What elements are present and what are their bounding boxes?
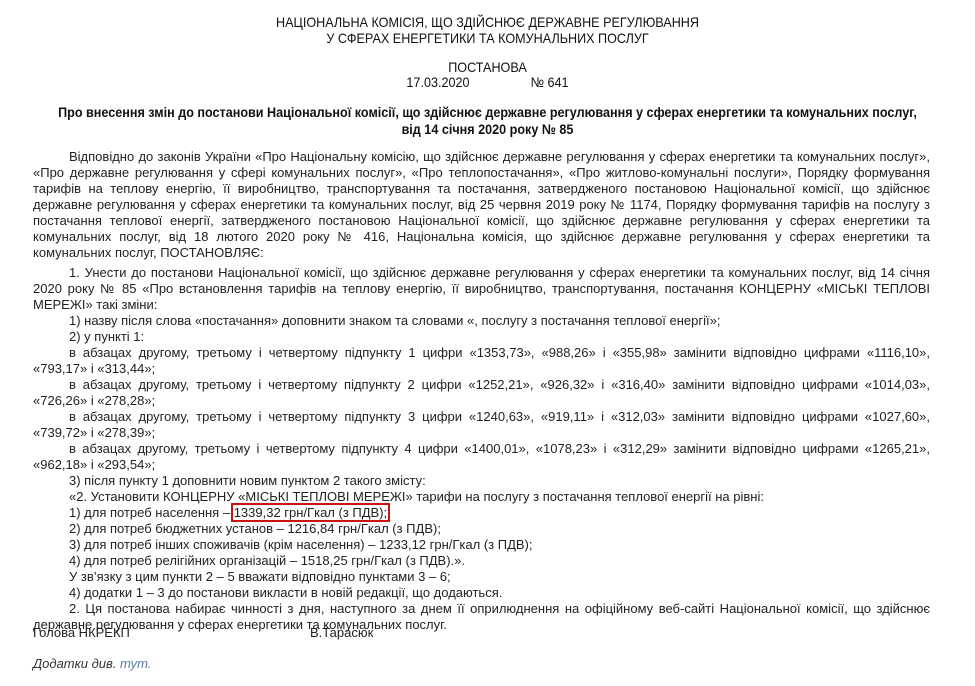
tariff-other: 3) для потреб інших споживачів (крім нас… — [33, 537, 930, 553]
section1-item1: 1) назву після слова «постачання» доповн… — [33, 313, 930, 329]
document-page: НАЦІОНАЛЬНА КОМІСІЯ, ЩО ЗДІЙСНЮЄ ДЕРЖАВН… — [0, 0, 975, 686]
appendix-note: Додатки див. тут. — [33, 656, 151, 671]
doc-date: 17.03.2020 — [406, 74, 469, 90]
org-name-line2: У СФЕРАХ ЕНЕРГЕТИКИ ТА КОМУНАЛЬНИХ ПОСЛУ… — [49, 30, 927, 46]
new-point-intro: «2. Установити КОНЦЕРНУ «МІСЬКІ ТЕПЛОВІ … — [33, 489, 930, 505]
subpoint: в абзацах другому, третьому і четвертому… — [33, 409, 930, 441]
tariff-budget: 2) для потреб бюджетних установ – 1216,8… — [33, 521, 930, 537]
section1-intro: 1. Унести до постанови Національної комі… — [33, 265, 930, 313]
doc-type: ПОСТАНОВА — [49, 59, 927, 75]
appendix-link[interactable]: тут. — [120, 656, 151, 671]
section1-item2: 2) у пункті 1: — [33, 329, 930, 345]
doc-number: № 641 — [531, 74, 569, 90]
section1-item3: 3) після пункту 1 доповнити новим пункто… — [33, 473, 930, 489]
preamble-text: Відповідно до законів України «Про Націо… — [33, 149, 930, 261]
signature-position: Голова НКРЕКП — [33, 625, 130, 641]
doc-title-line1: Про внесення змін до постанови Національ… — [49, 104, 927, 121]
org-name-line1: НАЦІОНАЛЬНА КОМІСІЯ, ЩО ЗДІЙСНЮЄ ДЕРЖАВН… — [49, 14, 927, 30]
doc-title-line2: від 14 січня 2020 року № 85 — [49, 121, 927, 138]
subpoint: в абзацах другому, третьому і четвертому… — [33, 377, 930, 409]
highlighted-tariff-value: 1339,32 грн/Гкал (з ПДВ); — [231, 503, 390, 522]
tariff-religious: 4) для потреб релігійних організацій – 1… — [33, 553, 930, 569]
section1-item4: 4) додатки 1 – 3 до постанови викласти в… — [33, 585, 930, 601]
signature-name: В.Тарасюк — [310, 625, 373, 641]
section-1: 1. Унести до постанови Національної комі… — [33, 265, 930, 633]
section-2: 2. Ця постанова набирає чинності з дня, … — [33, 601, 930, 633]
subpoint: в абзацах другому, третьому і четвертому… — [33, 345, 930, 377]
subpoint: в абзацах другому, третьому і четвертому… — [33, 441, 930, 473]
doc-date-number: 17.03.2020 № 641 — [49, 74, 927, 90]
preamble: Відповідно до законів України «Про Націо… — [33, 149, 930, 261]
appendix-note-text: Додатки див. — [33, 656, 120, 671]
tariff-population: 1) для потреб населення – 1339,32 грн/Гк… — [33, 505, 930, 521]
renumber-note: У зв’язку з цим пункти 2 – 5 вважати від… — [33, 569, 930, 585]
